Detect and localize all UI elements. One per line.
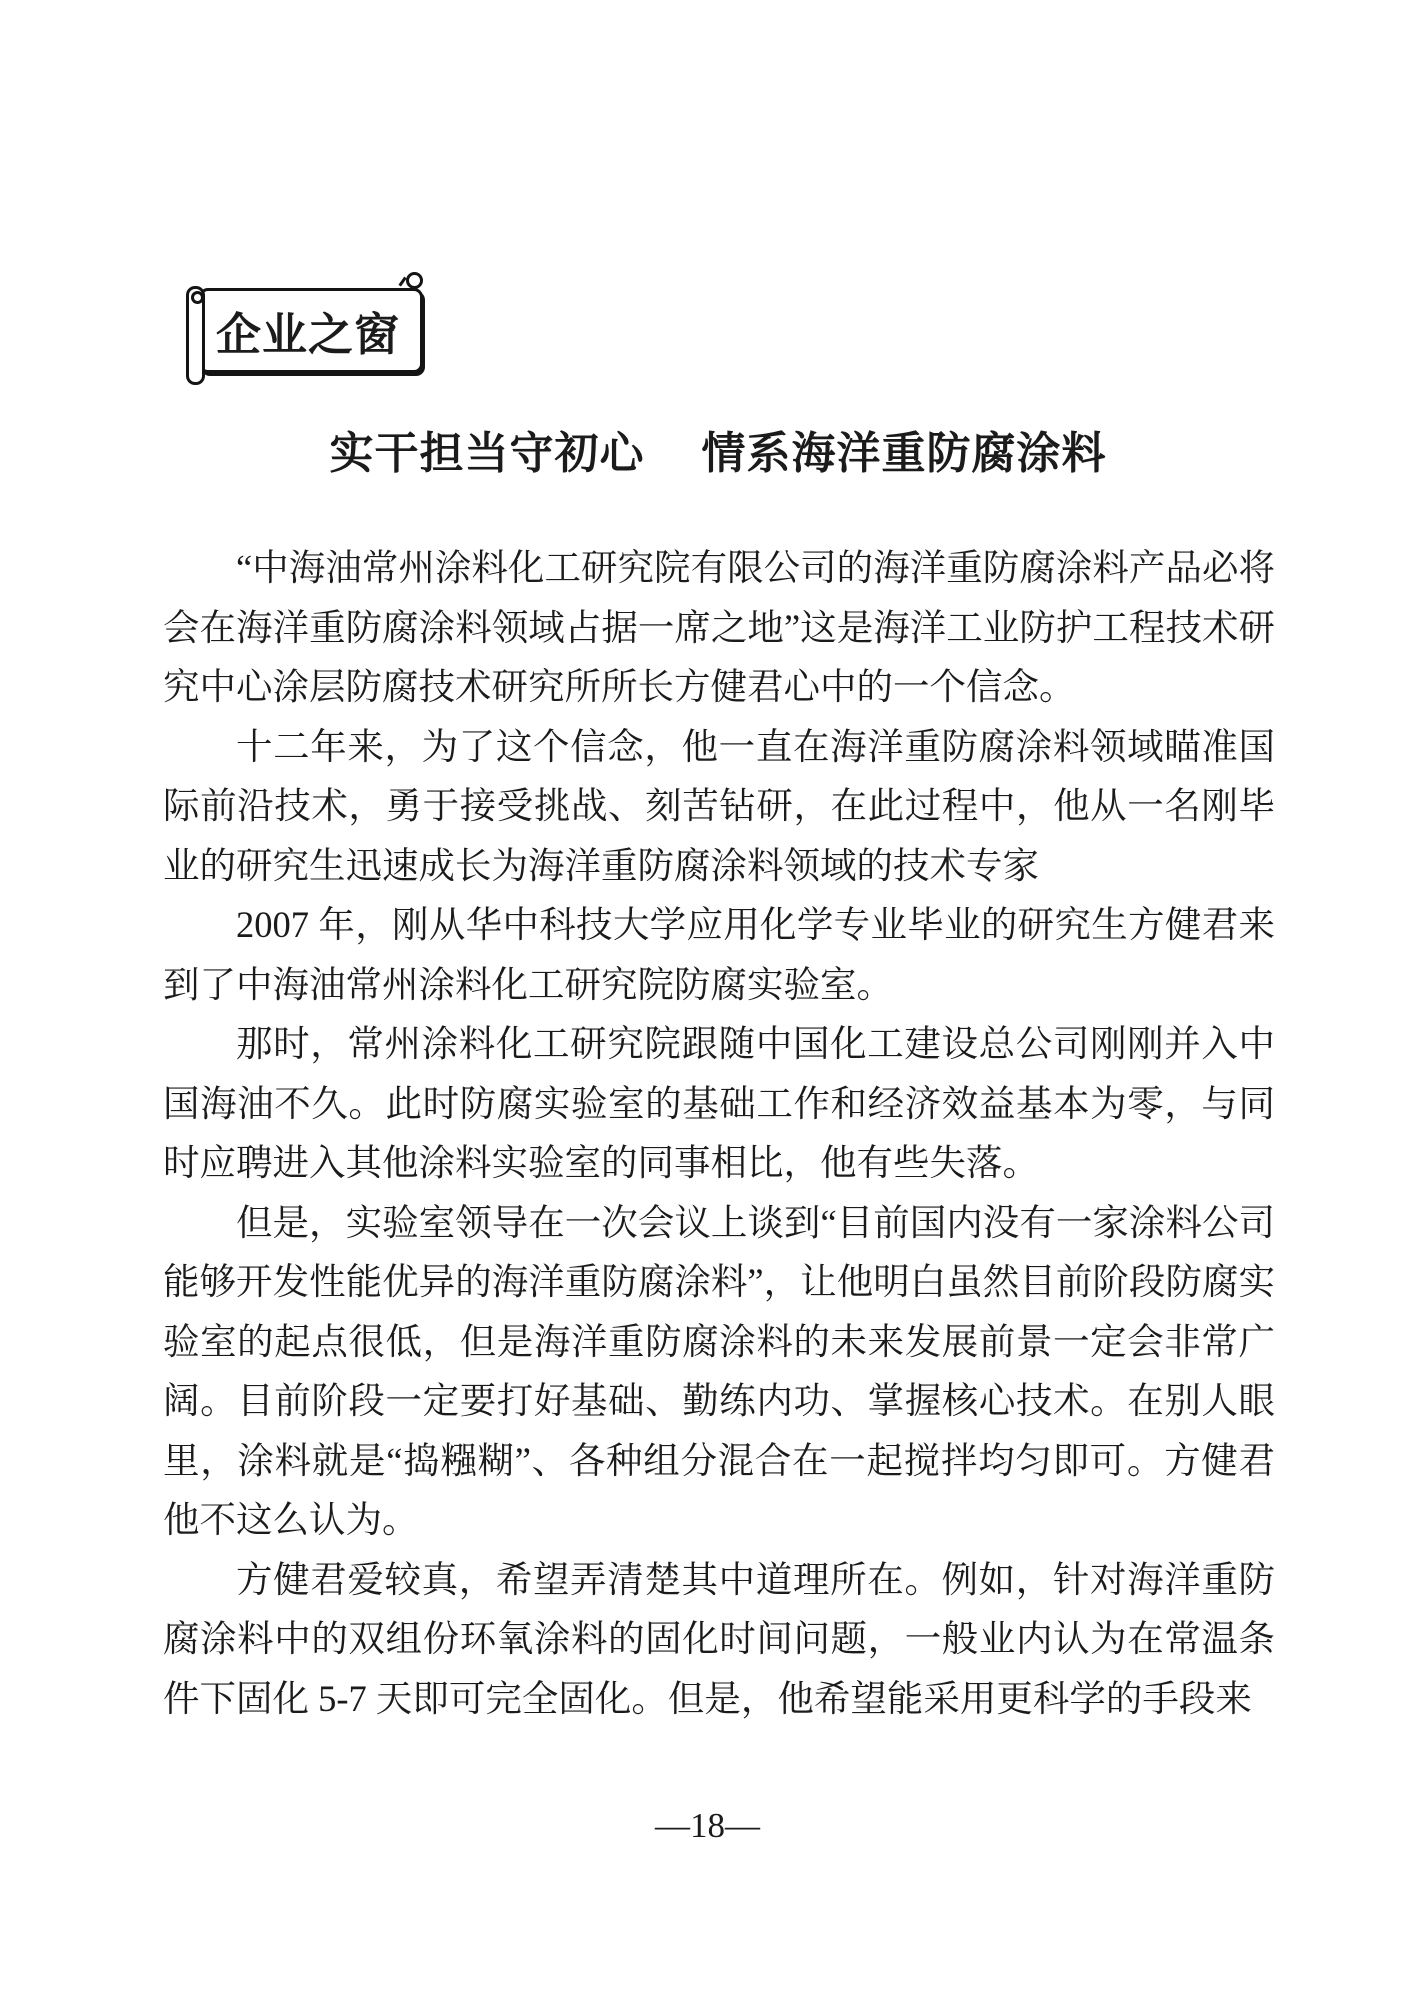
scroll-roll-spiral-icon xyxy=(191,291,204,304)
paragraph-4: 那时，常州涂料化工研究院跟随中国化工建设总公司刚刚并入中国海油不久。此时防腐实验… xyxy=(163,1014,1275,1193)
document-page: 企业之窗 实干担当守初心 情系海洋重防腐涂料 “中海油常州涂料化工研究院有限公司… xyxy=(0,0,1415,2000)
paragraph-3: 2007 年，刚从华中科技大学应用化学专业毕业的研究生方健君来到了中海油常州涂料… xyxy=(163,895,1275,1014)
paragraph-6: 方健君爱较真，希望弄清楚其中道理所在。例如，针对海洋重防腐涂料中的双组份环氧涂料… xyxy=(163,1550,1275,1729)
paragraph-2: 十二年来，为了这个信念，他一直在海洋重防腐涂料领域瞄准国际前沿技术，勇于接受挑战… xyxy=(163,717,1275,896)
paragraph-5: 但是，实验室领导在一次会议上谈到“目前国内没有一家涂料公司能够开发性能优异的海洋… xyxy=(163,1193,1275,1550)
section-badge: 企业之窗 xyxy=(199,288,423,373)
article-body: “中海油常州涂料化工研究院有限公司的海洋重防腐涂料产品必将会在海洋重防腐涂料领域… xyxy=(163,538,1275,1728)
page-number: —18— xyxy=(0,1806,1415,1846)
paragraph-1: “中海油常州涂料化工研究院有限公司的海洋重防腐涂料产品必将会在海洋重防腐涂料领域… xyxy=(163,538,1275,717)
section-banner: 企业之窗 xyxy=(186,270,446,395)
article-title: 实干担当守初心 情系海洋重防腐涂料 xyxy=(163,417,1273,481)
section-badge-label: 企业之窗 xyxy=(202,298,400,363)
